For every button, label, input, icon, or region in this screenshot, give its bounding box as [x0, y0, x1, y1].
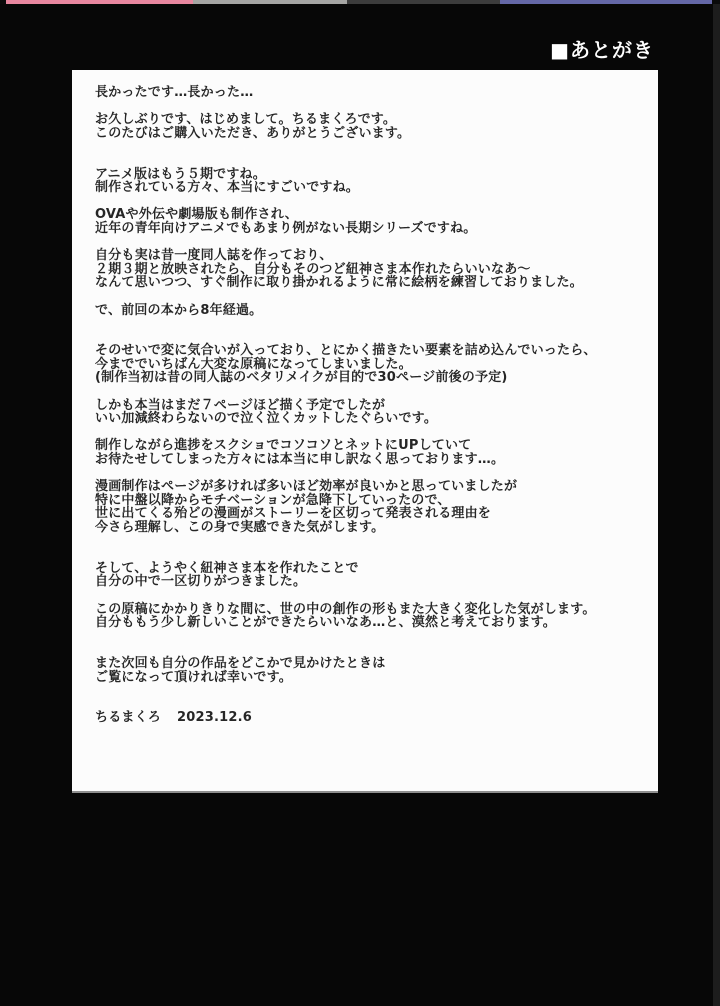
paragraph: また次回も自分の作品をどこかで見かけたときはご覧になって頂ければ幸いです。 — [95, 657, 644, 684]
paragraph: お久しぶりです、はじめまして。ちるまくろです。このたびはご購入いただき、ありがと… — [95, 113, 644, 140]
author-name: ちるまくろ — [95, 710, 161, 725]
strip-segment-purple — [500, 0, 712, 4]
text-line: 制作されている方々、本当にすごいですね。 — [95, 181, 644, 195]
paragraph: 長かったです…長かった… — [95, 86, 644, 100]
paragraph: アニメ版はもう５期ですね。制作されている方々、本当にすごいですね。 — [95, 168, 644, 195]
paragraph: で、前回の本から8年経過。 — [95, 304, 644, 318]
strip-segment-light-gray — [193, 0, 347, 4]
text-line: このたびはご購入いただき、ありがとうございます。 — [95, 127, 644, 141]
paragraph: しかも本当はまだ７ページほど描く予定でしたがいい加減終わらないので泣く泣くカット… — [95, 399, 644, 426]
strip-segment-dark-gray — [347, 0, 500, 4]
text-line: 自分も実は昔一度同人誌を作っており、 — [95, 249, 644, 263]
text-line: お久しぶりです、はじめまして。ちるまくろです。 — [95, 113, 644, 127]
text-line: お待たせしてしまった方々には本当に申し訳なく思っております…。 — [95, 453, 644, 467]
text-line: 漫画制作はページが多ければ多いほど効率が良いかと思っていましたが — [95, 480, 644, 494]
screen-right-edge — [713, 4, 720, 1006]
afterword-paper: 長かったです…長かった…お久しぶりです、はじめまして。ちるまくろです。このたびは… — [72, 70, 658, 793]
paragraph: OVAや外伝や劇場版も制作され、近年の青年向けアニメでもあまり例がない長期シリー… — [95, 208, 644, 235]
text-line: 長かったです…長かった… — [95, 86, 644, 100]
text-line: (制作当初は昔の同人誌のベタリメイクが目的で30ページ前後の予定) — [95, 371, 644, 385]
text-line: ご覧になって頂ければ幸いです。 — [95, 671, 644, 685]
text-line: 近年の青年向けアニメでもあまり例がない長期シリーズですね。 — [95, 222, 644, 236]
text-line: また次回も自分の作品をどこかで見かけたときは — [95, 657, 644, 671]
publish-date: 2023.12.6 — [177, 710, 252, 725]
afterword-body-text: 長かったです…長かった…お久しぶりです、はじめまして。ちるまくろです。このたびは… — [95, 86, 644, 725]
text-line: 自分の中で一区切りがつきました。 — [95, 575, 644, 589]
afterword-header: ■あとがき — [550, 38, 654, 62]
text-line: で、前回の本から8年経過。 — [95, 304, 644, 318]
paragraph: この原稿にかかりきりな間に、世の中の創作の形もまた大きく変化した気がします。自分… — [95, 603, 644, 630]
strip-segment-pink — [6, 0, 193, 4]
text-line: 世に出てくる殆どの漫画がストーリーを区切って発表される理由を — [95, 507, 644, 521]
signature-line: ちるまくろ2023.12.6 — [95, 711, 644, 725]
text-line: いい加減終わらないので泣く泣くカットしたぐらいです。 — [95, 412, 644, 426]
text-line: 自分ももう少し新しいことができたらいいなあ…と、漠然と考えております。 — [95, 616, 644, 630]
paragraph: 漫画制作はページが多ければ多いほど効率が良いかと思っていましたが特に中盤以降から… — [95, 480, 644, 534]
paragraph: そのせいで変に気合いが入っており、とにかく描きたい要素を詰め込んでいったら、今ま… — [95, 344, 644, 385]
paragraph: 制作しながら進捗をスクショでコソコソとネットにUPしていてお待たせしてしまった方… — [95, 439, 644, 466]
paragraph: そして、ようやく紐神さま本を作れたことで自分の中で一区切りがつきました。 — [95, 562, 644, 589]
text-line: そのせいで変に気合いが入っており、とにかく描きたい要素を詰め込んでいったら、 — [95, 344, 644, 358]
top-color-strip — [0, 0, 720, 4]
text-line: なんて思いつつ、すぐ制作に取り掛かれるように常に絵柄を練習しておりました。 — [95, 276, 644, 290]
text-line: 今さら理解し、この身で実感できた気がします。 — [95, 521, 644, 535]
text-line: OVAや外伝や劇場版も制作され、 — [95, 208, 644, 222]
paragraph: 自分も実は昔一度同人誌を作っており、２期３期と放映されたら、自分もそのつど紐神さ… — [95, 249, 644, 290]
page-background: ■あとがき 長かったです…長かった…お久しぶりです、はじめまして。ちるまくろです… — [0, 0, 720, 1006]
text-line: 制作しながら進捗をスクショでコソコソとネットにUPしていて — [95, 439, 644, 453]
